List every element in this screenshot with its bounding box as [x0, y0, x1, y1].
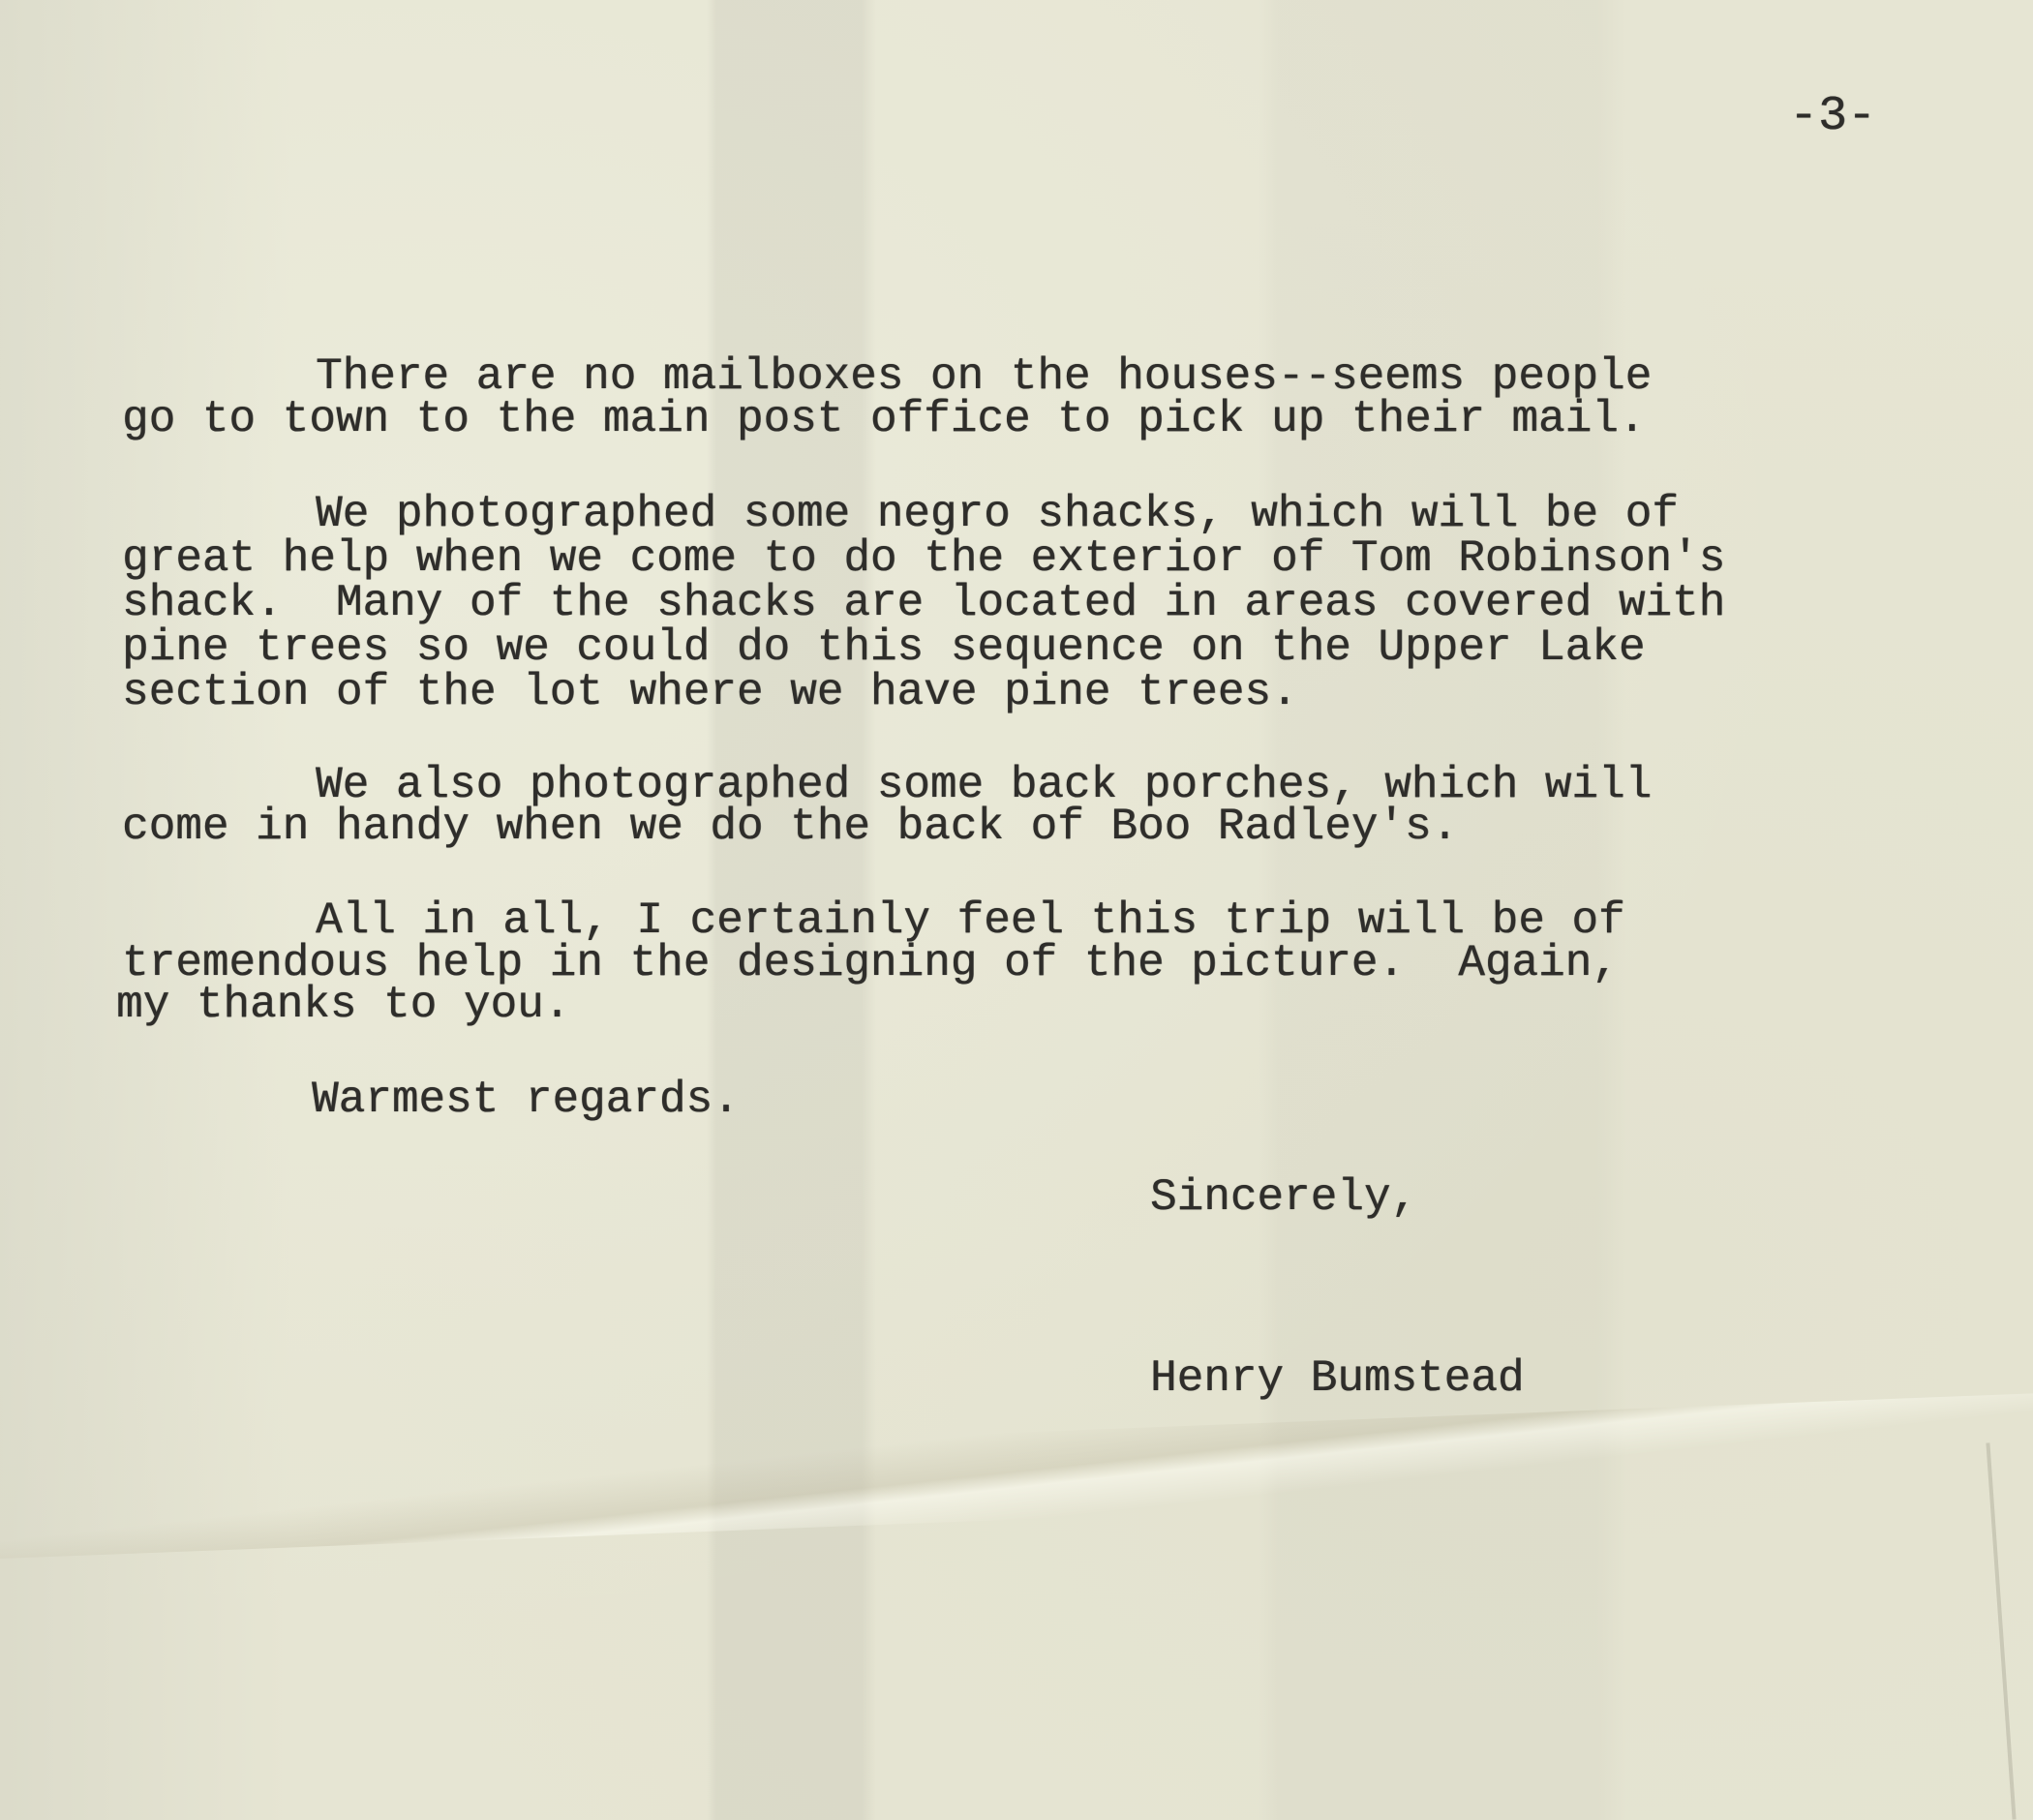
page-number: -3-	[1789, 95, 1876, 139]
paragraph-line: section of the lot where we have pine tr…	[122, 670, 1298, 714]
closing-regards: Warmest regards.	[312, 1077, 740, 1122]
signature-name: Henry Bumstead	[1150, 1356, 1524, 1401]
sign-off: Sincerely,	[1150, 1175, 1417, 1220]
paragraph-line: All in all, I certainly feel this trip w…	[316, 898, 1625, 943]
paragraph-line: There are no mailboxes on the houses--se…	[316, 354, 1652, 399]
paragraph-line: my thanks to you.	[116, 983, 570, 1027]
paragraph-line: come in handy when we do the back of Boo…	[122, 804, 1458, 849]
paragraph-line: shack. Many of the shacks are located in…	[122, 581, 1725, 625]
paragraph-line: great help when we come to do the exteri…	[122, 536, 1725, 581]
paragraph-line: go to town to the main post office to pi…	[122, 397, 1645, 441]
paragraph-line: pine trees so we could do this sequence …	[122, 625, 1645, 670]
paragraph-line: We photographed some negro shacks, which…	[316, 492, 1679, 536]
